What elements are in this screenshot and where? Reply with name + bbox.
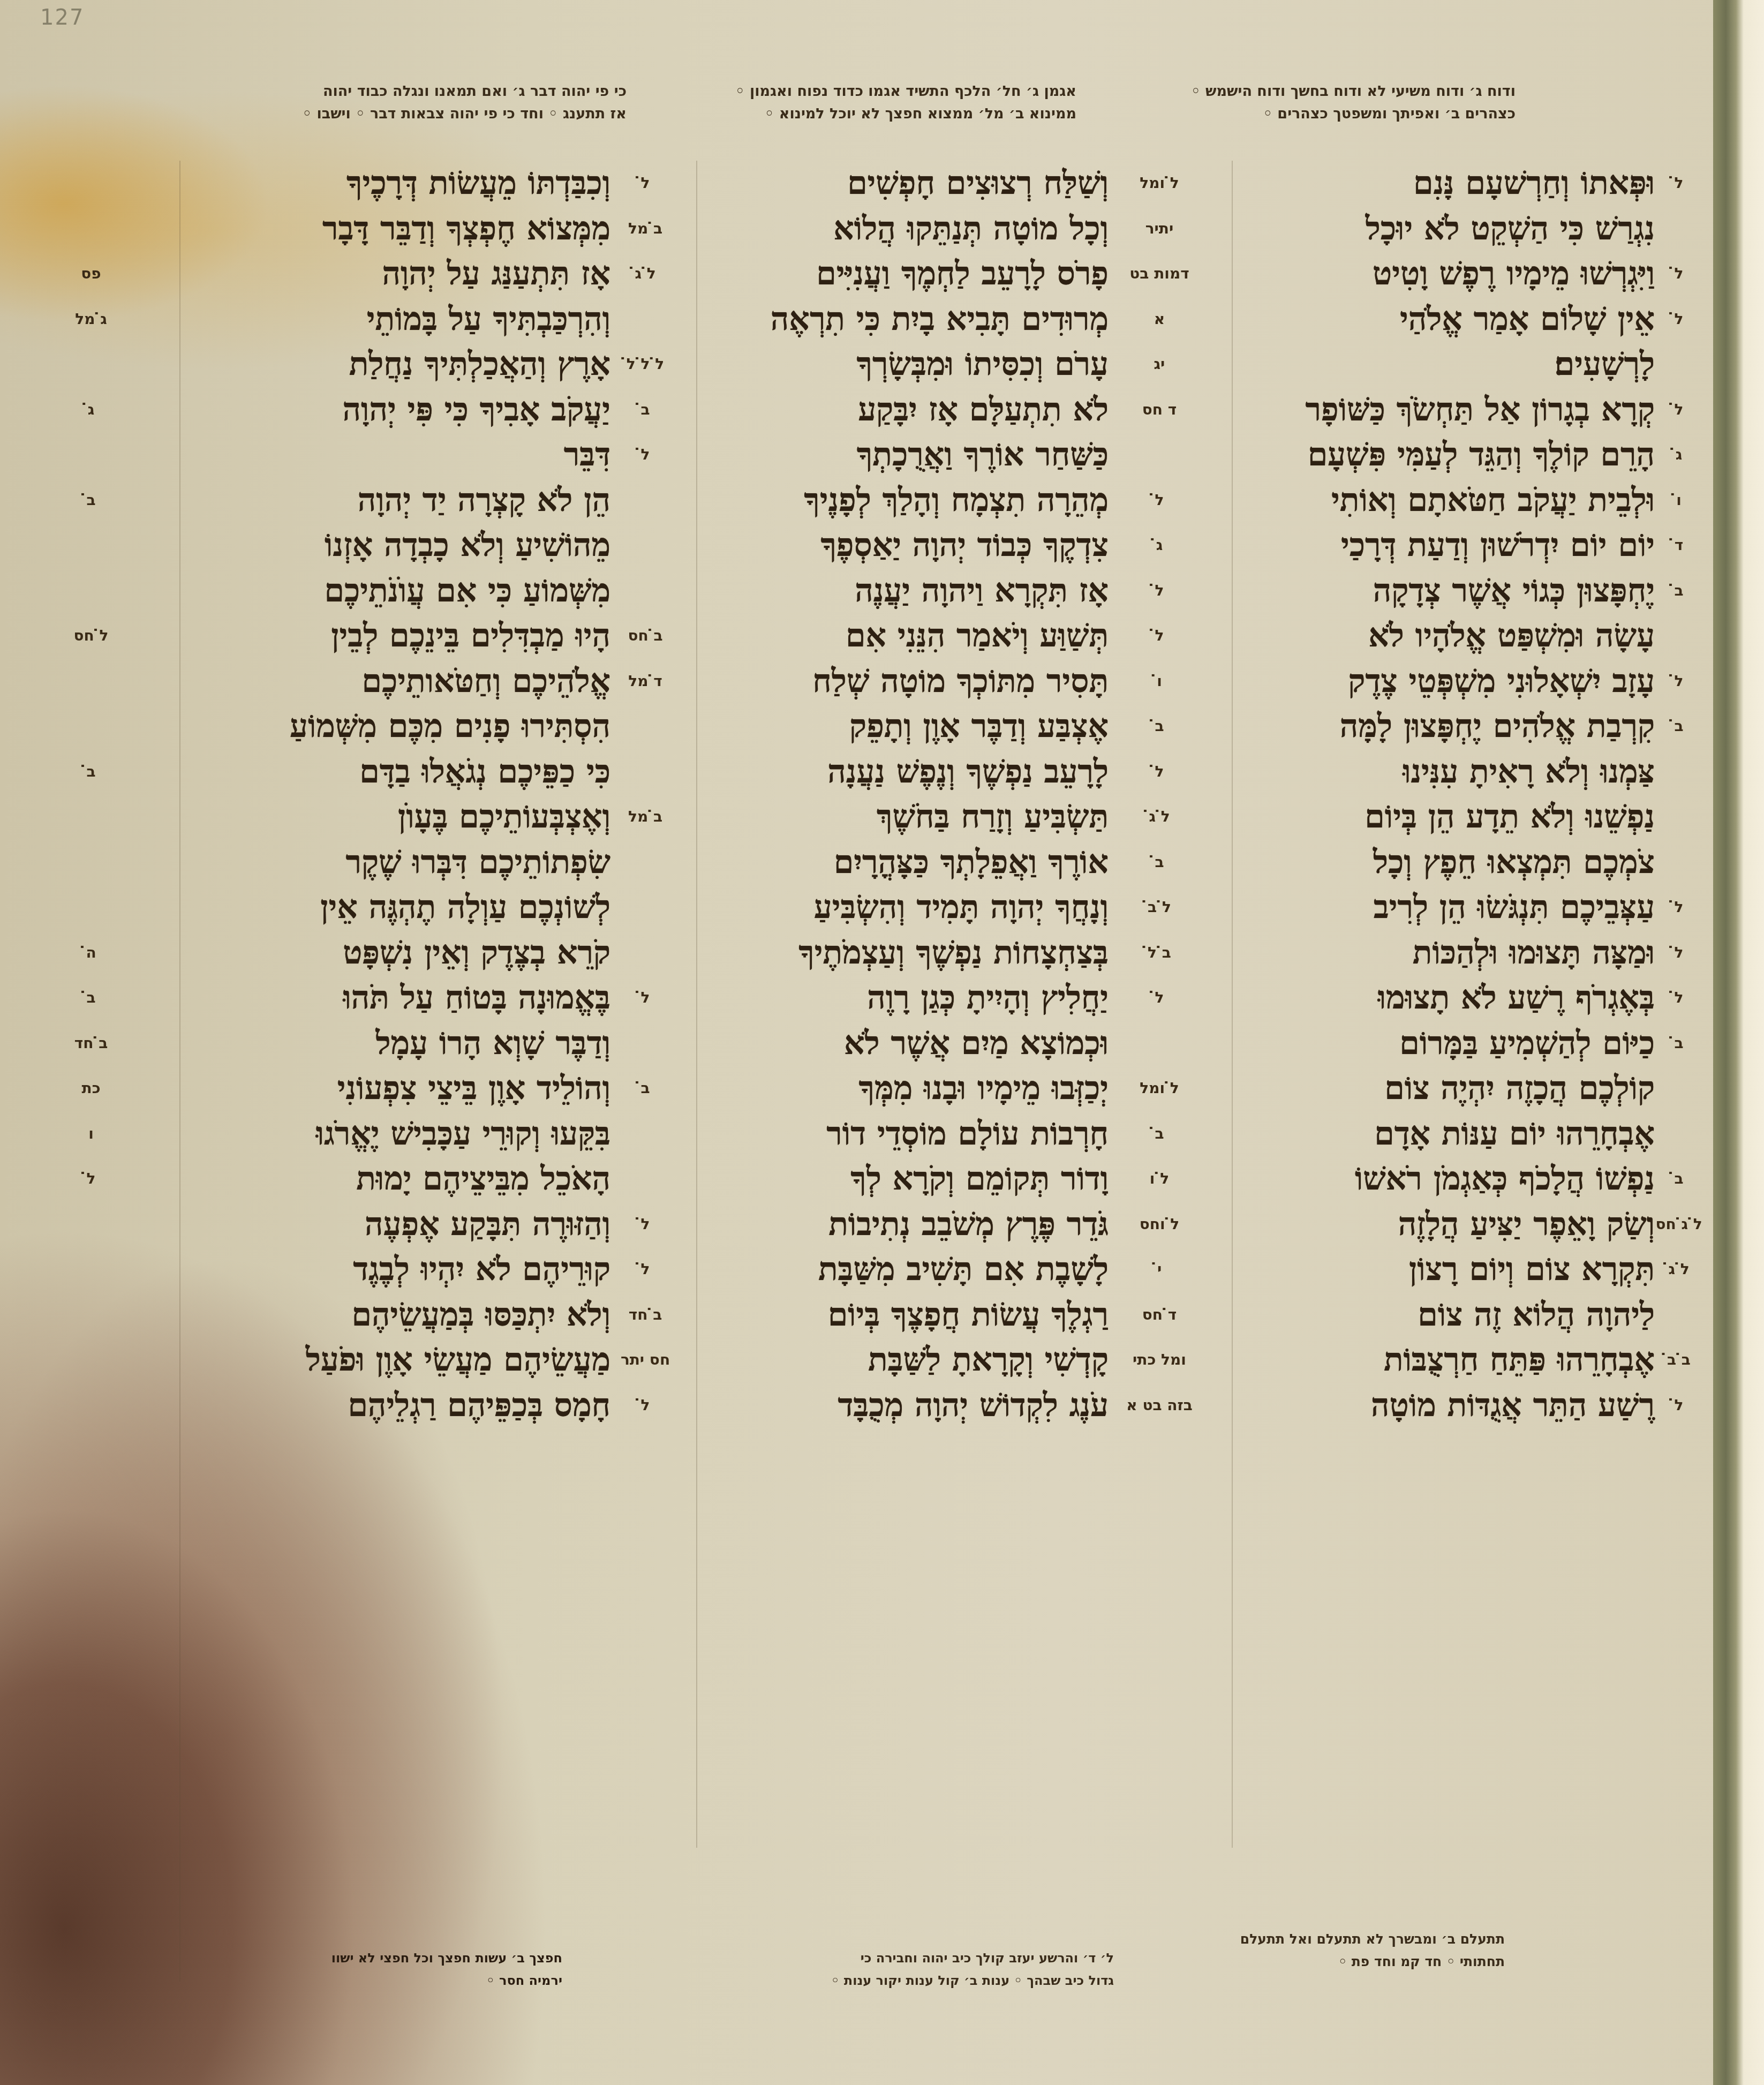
binding-edge <box>1713 0 1764 2085</box>
text-line: וְדַבֶּר שָׁוְא הָרוֹ עָמָל <box>177 1021 610 1066</box>
text-line: בֶּאֱמוּנָה בָּטוֹחַ עַל תֹּהוּ <box>177 975 610 1021</box>
text-line: קִרְבַת אֱלֹהִים יֶחְפָּצוּן לָמָּה <box>1226 704 1655 749</box>
text-line: יְכַזְּבוּ מֵימָיו וּבָנוּ מִמְּךָ <box>691 1066 1109 1111</box>
masora-note <box>59 342 123 387</box>
text-line: אוֹרֶךָ וַאֲפֵלָתְךָ כַּצָּהֳרָיִם <box>691 840 1109 885</box>
masora-note: יתיר <box>1125 206 1194 252</box>
masora-note: ל̇ <box>1125 568 1194 614</box>
masora-note: י̇ <box>1125 1247 1194 1292</box>
text-line: מְהֵרָה תִצְמָח וְהָלַךְ לְפָנֶיךָ <box>691 478 1109 523</box>
text-line: נַפְשׁוֹ הֲלָכֹף כְּאַגְמֹן רֹאשׁוֹ <box>1226 1156 1655 1202</box>
masora-note <box>1649 749 1708 795</box>
masora-note <box>610 749 680 795</box>
text-line: לְשׁוֹנְכֶם עַוְלָה תֶהְגֶּה אֵין <box>177 885 610 930</box>
masora-note <box>610 523 680 568</box>
text-line: אָז תִּקְרָא וַיהוָה יַעֲנֶה <box>691 568 1109 614</box>
masora-note <box>1125 432 1194 478</box>
masora-line: אגמן ג׳ חל׳ הלכף התשיד אגמו כדוד נפוח וא… <box>637 80 1076 103</box>
text-line: יַעֲקֹב אָבִיךָ כִּי פִּי יְהוָה <box>177 387 610 433</box>
masora-note: ב̇ ל̇ <box>1125 930 1194 976</box>
masora-note: ב̇ ב̇ <box>1649 1337 1708 1383</box>
text-line: יֶחְפָּצוּן כְּגוֹי אֲשֶׁר צְדָקָה <box>1226 568 1655 614</box>
masora-note: ב̇ חד <box>59 1021 123 1066</box>
text-line: מַעֲשֵׂיהֶם מַעֲשֵׂי אָוֶן וּפֹעַל <box>177 1337 610 1383</box>
masora-note: ל̇ ומל <box>1125 1066 1194 1111</box>
text-line: רֶשַׁע הַתֵּר אֲגֻדּוֹת מוֹטָה <box>1226 1383 1655 1428</box>
masora-note: ל̇ <box>610 975 680 1021</box>
masora-note: ומל כתי <box>1125 1337 1194 1383</box>
text-line: עֹנֶג לִקְדוֹשׁ יְהוָה מְכֻבָּד <box>691 1383 1109 1428</box>
masora-note: ב̇ <box>59 749 123 795</box>
text-line: הֵן לֹא קָצְרָה יַד יְהוָה <box>177 478 610 523</box>
masora-note: ל̇ ג̇ <box>610 251 680 297</box>
folio-number: 127 <box>40 5 84 30</box>
text-line: אָז תִּתְעַנַּג עַל יְהוָה <box>177 251 610 297</box>
text-line: יַחֲלִיץ וְהָיִיתָ כְּגַן רָוֶה <box>691 975 1109 1021</box>
masora-note: בזה בט א <box>1125 1383 1194 1428</box>
text-line: וְשַׂק וָאֵפֶר יַצִּיעַ הֲלָזֶה <box>1226 1202 1655 1247</box>
text-line: תַּשְׂבִּיעַ וְזָרַח בַּחֹשֶׁךְ <box>691 794 1109 840</box>
masora-note: דמות בט <box>1125 251 1194 297</box>
text-line: וּמַצָּה תָּצוּמוּ וּלְהַכּוֹת <box>1226 930 1655 976</box>
masora-bottom-left: חפצך ב׳ עשות חפצך וכל חפצי לא ישוו ירמיה… <box>177 1947 562 1992</box>
masora-note: ב̇ <box>1125 840 1194 885</box>
text-line: הִסְתִּירוּ פָנִים מִכֶּם מִשְּׁמוֹעַ <box>177 704 610 749</box>
text-line: לָשָׁבֶת אִם תָּשִׁיב מִשַּׁבָּת <box>691 1247 1109 1292</box>
manuscript-page: 127 ודוח ג׳ ודוח משיעי לא ודוח בחשך ודוח… <box>0 0 1764 2085</box>
masora-note: ל̇ <box>610 1247 680 1292</box>
text-line: קְרָא בְגָרוֹן אַל תַּחְשֹׂךְ כַּשּׁוֹפָ… <box>1226 387 1655 433</box>
masora-note: ל̇ חס <box>59 613 123 659</box>
masora-note: ל̇ <box>59 1156 123 1202</box>
masora-note: ג̇ מל <box>59 297 123 342</box>
masora-note: ל̇ <box>1649 659 1708 704</box>
masora-note <box>610 478 680 523</box>
masora-note <box>1649 794 1708 840</box>
masora-line: ממינוא ב׳ מל׳ ממצוא חפצך לא יוכל למינוא … <box>637 103 1076 125</box>
text-line: וְהוֹלֵיד אָוֶן בֵּיצֵי צִפְעוֹנִי <box>177 1066 610 1111</box>
masora-note <box>1125 1021 1194 1066</box>
masora-note <box>1649 1292 1708 1338</box>
text-line: קָדְשִׁי וְקָרָאתָ לַשַּׁבָּת <box>691 1337 1109 1383</box>
text-line: אָרֶץ וְהַאֲכַלְתִּיךָ נַחֲלַת <box>177 342 610 387</box>
text-line: אֶבְחָרֵהוּ פַּתֵּחַ חַרְצֻבּוֹת <box>1226 1337 1655 1383</box>
masora-note: ל̇ <box>1125 749 1194 795</box>
masora-parva-far-right: ל̇ ל̇ ל̇ ל̇ ג̇ ו̇ ד̇ ב̇ ל̇ ב̇ ל̇ ל̇ ל̇ ב… <box>1649 161 1708 1428</box>
masora-line: ירמיה חסר ◦ <box>177 1969 562 1992</box>
masora-note: ל̇ ג̇ <box>1649 1247 1708 1292</box>
text-line: הָרֵם קוֹלֶךָ וְהַגֵּד לְעַמִּי פִּשְׁעָ… <box>1226 432 1655 478</box>
text-line: פָרֹס לָרָעֵב לַחְמֶךָ וַעֲנִיִּים <box>691 251 1109 297</box>
masora-note: ל̇ ומל <box>1125 161 1194 206</box>
masora-note: ו <box>59 1111 123 1157</box>
masora-note <box>59 432 123 478</box>
text-line: וְלֹא יִתְכַּסּוּ בְּמַעֲשֵׂיהֶם <box>177 1292 610 1338</box>
text-line: קוּרֵיהֶם לֹא יִהְיוּ לְבֶגֶד <box>177 1247 610 1292</box>
masora-note: ל̇ <box>1125 478 1194 523</box>
text-line: וְהִרְכַּבְתִּיךָ עַל בָּמוֹתֵי <box>177 297 610 342</box>
masora-note: ל̇ <box>1649 975 1708 1021</box>
text-line: וַיִּגְרְשׁוּ מֵימָיו רֶפֶשׁ וָטִיט <box>1226 251 1655 297</box>
text-line: לָרְשָׁעִים׃ <box>1226 342 1655 387</box>
masora-line: גדול כיב שבהך ◦ ענות ב׳ קול ענות יקור ענ… <box>691 1969 1114 1992</box>
text-line: אֱלֹהֵיכֶם וְחַטֹּאותֵיכֶם <box>177 659 610 704</box>
masora-note: ו̇ <box>1125 659 1194 704</box>
text-line: מֵהוֹשִׁיעַ וְלֹא כָבְדָה אָזְנוֹ <box>177 523 610 568</box>
text-line: גֹּדֵר פֶּרֶץ מְשֹׁבֵב נְתִיבוֹת <box>691 1202 1109 1247</box>
masora-note: ב̇ <box>59 975 123 1021</box>
text-line: וָדוֹר תְּקוֹמֵם וְקֹרָא לְךָ <box>691 1156 1109 1202</box>
masora-note: פס <box>59 251 123 297</box>
masora-note: ד חס <box>1125 387 1194 433</box>
text-line: שִׂפְתוֹתֵיכֶם דִּבְּרוּ שֶׁקֶר <box>177 840 610 885</box>
text-line: כַּשַּׁחַר אוֹרֶךָ וַאֲרֻכָתְךָ <box>691 432 1109 478</box>
text-line: לָרָעֵב נַפְשֶׁךָ וְנֶפֶשׁ נַעֲנָה <box>691 749 1109 795</box>
masora-note <box>610 885 680 930</box>
masora-note: ב̇ <box>610 387 680 433</box>
masora-note <box>610 568 680 614</box>
masora-note: ב̇ <box>1649 1156 1708 1202</box>
masora-note: ב̇ <box>1649 704 1708 749</box>
text-line: בִּקֵּעוּ וְקוּרֵי עַכָּבִישׁ יֶאֱרֹגוּ <box>177 1111 610 1157</box>
masora-note: ל̇ <box>1649 387 1708 433</box>
masora-note: ל̇ <box>1649 930 1708 976</box>
masora-top-right: ודוח ג׳ ודוח משיעי לא ודוח בחשך ודוח היש… <box>1216 80 1516 125</box>
masora-line: ודוח ג׳ ודוח משיעי לא ודוח בחשך ודוח היש… <box>1216 80 1516 103</box>
masora-line: אז תתענג ◦ וחד כי פי יהוה צבאות דבר ◦ וי… <box>134 103 627 125</box>
masora-note <box>59 1383 123 1428</box>
masora-note: ל̇ וחס <box>1125 1202 1194 1247</box>
text-line: עָרֹם וְכִסִּיתוֹ וּמִבְּשָׂרְךָ <box>691 342 1109 387</box>
text-line: וְאֶצְבְּעוֹתֵיכֶם בֶּעָוֺן <box>177 794 610 840</box>
masora-note: ל̇ <box>1125 975 1194 1021</box>
masora-note <box>1649 840 1708 885</box>
masora-note <box>1649 1111 1708 1157</box>
masora-note: ל̇ <box>1649 297 1708 342</box>
text-line: חָמָס בְּכַפֵּיהֶם רַגְלֵיהֶם <box>177 1383 610 1428</box>
masora-note: ב̇ <box>1649 568 1708 614</box>
text-line: וּלְבֵית יַעֲקֹב חַטֹּאתָם וְאוֹתִי <box>1226 478 1655 523</box>
text-line: עַצְּבֵיכֶם תִּנְגֹּשׂוּ הֵן לְרִיב <box>1226 885 1655 930</box>
text-line: תִּקְרָא צוֹם וְיוֹם רָצוֹן <box>1226 1247 1655 1292</box>
masora-note <box>1649 1066 1708 1111</box>
masora-note: ל̇ <box>610 1202 680 1247</box>
masora-top-left: כי פי יהוה דבר ג׳ ואם תמאנו ונגלה כבוד י… <box>134 80 627 125</box>
masora-note: ב̇ <box>1649 1021 1708 1066</box>
masora-note <box>610 840 680 885</box>
text-line: בְּאֶגְרֹף רֶשַׁע לֹא תָצוּמוּ <box>1226 975 1655 1021</box>
masora-note: ל̇ ב̇ <box>1125 885 1194 930</box>
masora-note: ל̇ ל̇ ל̇ <box>610 342 680 387</box>
masora-note <box>610 930 680 976</box>
masora-note: ל̇ <box>1649 885 1708 930</box>
text-line: עָשָׂה וּמִשְׁפַּט אֱלֹהָיו לֹא <box>1226 613 1655 659</box>
masora-note <box>59 1202 123 1247</box>
masora-note <box>59 161 123 206</box>
text-line: וּכְמוֹצָא מַיִם אֲשֶׁר לֹא <box>691 1021 1109 1066</box>
masora-parva-right-center: ל̇ ומל יתיר דמות בט א יג ד חס ל̇ ג̇ ל̇ ל… <box>1125 161 1194 1428</box>
text-line: וְשַׁלַּח רְצוּצִים חָפְשִׁים <box>691 161 1109 206</box>
masora-note: ל̇ <box>1125 613 1194 659</box>
masora-note <box>1649 206 1708 252</box>
text-line: הָיוּ מַבְדִּלִים בֵּינֵכֶם לְבֵין <box>177 613 610 659</box>
masora-note: ו̇ <box>1649 478 1708 523</box>
masora-note: ה̇ <box>59 930 123 976</box>
text-line: צַּמְנוּ וְלֹא רָאִיתָ עִנִּינוּ <box>1226 749 1655 795</box>
masora-note: ל̇ ג̇ חס <box>1649 1202 1708 1247</box>
masora-note: ד̇ <box>1649 523 1708 568</box>
masora-note: ג̇ <box>1125 523 1194 568</box>
masora-note: ב̇ <box>610 1066 680 1111</box>
masora-note <box>59 885 123 930</box>
masora-note: ג̇ <box>1649 432 1708 478</box>
text-line: קֹרֵא בְצֶדֶק וְאֵין נִשְׁפָּט <box>177 930 610 976</box>
text-line: נִגְרַשׁ כִּי הַשְׁקֵט לֹא יוּכָל <box>1226 206 1655 252</box>
text-line: לֹא תִתְעַלָּם אָז יִבָּקַע <box>691 387 1109 433</box>
text-line: כַיּוֹם לְהַשְׁמִיעַ בַּמָּרוֹם <box>1226 1021 1655 1066</box>
text-line: דִּבֵּר <box>177 432 610 478</box>
text-column-right: וּפְּאתוֹ וְחַרְשׁעָם נָּנִם נִגְרַשׁ כִ… <box>1226 161 1655 1428</box>
masora-note <box>59 794 123 840</box>
masora-note: ב̇ חס <box>610 613 680 659</box>
masora-note <box>610 1111 680 1157</box>
masora-note: ב̇ מל <box>610 206 680 252</box>
text-line: עָזָב יִשְׁאָלוּנִי מִשְׁפְּטֵי צֶדֶק <box>1226 659 1655 704</box>
masora-note <box>610 1021 680 1066</box>
masora-note: א <box>1125 297 1194 342</box>
masora-line: תתעלם ב׳ ומבשרך לא תתעלם ואל תתעלם <box>1216 1928 1505 1951</box>
masora-note <box>59 1247 123 1292</box>
text-line: וּפְּאתוֹ וְחַרְשׁעָם נָּנִם <box>1226 161 1655 206</box>
masora-top-center: אגמן ג׳ חל׳ הלכף התשיד אגמו כדוד נפוח וא… <box>637 80 1076 125</box>
text-line: הָאֹכֵל מִבֵּיצֵיהֶם יָמוּת <box>177 1156 610 1202</box>
text-line: וְנָחֲךָ יְהוָה תָּמִיד וְהִשְׂבִּיעַ <box>691 885 1109 930</box>
masora-note: ל̇ ו <box>1125 1156 1194 1202</box>
masora-note: יג <box>1125 342 1194 387</box>
masora-note <box>59 840 123 885</box>
text-line: אֶבְחָרֵהוּ יוֹם עַנּוֹת אָדָם <box>1226 1111 1655 1157</box>
masora-note <box>59 206 123 252</box>
text-line: לַיהוָה הֲלוֹא זֶה צוֹם <box>1226 1292 1655 1338</box>
masora-bottom-right: תתעלם ב׳ ומבשרך לא תתעלם ואל תתעלם תחתות… <box>1216 1928 1505 1973</box>
text-line: וְכָל מוֹטָה תְּנַתֵּקוּ הֲלוֹא <box>691 206 1109 252</box>
masora-note: ל̇ <box>610 432 680 478</box>
masora-note <box>610 297 680 342</box>
text-line: תְּשַׁוַּע וְיֹאמַר הִנֵּנִי אִם <box>691 613 1109 659</box>
text-line: וְהַזּוּרֶה תִּבָּקַע אֶפְעֶה <box>177 1202 610 1247</box>
text-line: קוֹלְכֶם הֲכָזֶה יִהְיֶה צוֹם <box>1226 1066 1655 1111</box>
text-line: מְרוּדִים תָּבִיא בָיִת כִּי תִרְאֶה <box>691 297 1109 342</box>
masora-note: ב̇ <box>59 478 123 523</box>
text-column-left: וְכִבַּדְתּוֹ מֵעֲשׂוֹת דְּרָכֶיךָ מִמְּ… <box>177 161 610 1428</box>
masora-note: ל̇ <box>1649 1383 1708 1428</box>
masora-note: ג̇ <box>59 387 123 433</box>
masora-note: ב̇ מל <box>610 794 680 840</box>
text-column-center: וְשַׁלַּח רְצוּצִים חָפְשִׁים וְכָל מוֹט… <box>691 161 1109 1428</box>
text-line: רַגְלֶךָ עֲשׂוֹת חֲפָצֶךָ בְּיוֹם <box>691 1292 1109 1338</box>
masora-note <box>610 1156 680 1202</box>
masora-parva-far-left: פס ג̇ מל ג̇ ב̇ ל̇ חס ב̇ ה̇ ב̇ ב̇ חד כת ו… <box>59 161 123 1428</box>
text-line: אֶצְבַּע וְדַבֶּר אָוֶן וְתָפֵק <box>691 704 1109 749</box>
masora-note: כת <box>59 1066 123 1111</box>
text-line: אֵין שָׁלוֹם אָמַר אֱלֹהַי <box>1226 297 1655 342</box>
masora-parva-center-left: ל̇ ב̇ מל ל̇ ג̇ ל̇ ל̇ ל̇ ב̇ ל̇ ב̇ חס ד̇ מ… <box>610 161 680 1428</box>
masora-note: ל̇ <box>1649 161 1708 206</box>
text-line: יוֹם יוֹם יִדְרֹשׁוּן וְדַעַת דְּרָכַי <box>1226 523 1655 568</box>
text-line: וְכִבַּדְתּוֹ מֵעֲשׂוֹת דְּרָכֶיךָ <box>177 161 610 206</box>
masora-line: כצהרים ב׳ ואפיתך ומשפטך כצהרים ◦ <box>1216 103 1516 125</box>
masora-note <box>59 1292 123 1338</box>
text-line: צִדְקֶךָ כְּבוֹד יְהוָה יַאַסְפֶךָ <box>691 523 1109 568</box>
masora-note <box>59 523 123 568</box>
masora-note: ל̇ <box>610 1383 680 1428</box>
text-line: כִּי כַפֵּיכֶם נְגֹאֲלוּ בַדָּם <box>177 749 610 795</box>
masora-note: ד̇ חס <box>1125 1292 1194 1338</box>
text-line: מִמְּצוֹא חֶפְצְךָ וְדַבֵּר דָּבָר <box>177 206 610 252</box>
text-line: צֹמְכֶם תִּמְצְאוּ חֵפֶץ וְכָל <box>1226 840 1655 885</box>
text-line: בְּצַחְצָחוֹת נַפְשֶׁךָ וְעַצְמֹתֶיךָ <box>691 930 1109 976</box>
masora-note: ל̇ <box>1649 251 1708 297</box>
masora-note: ל̇ <box>610 161 680 206</box>
text-line: תָּסִיר מִתּוֹכְךָ מוֹטָה שְׁלַח <box>691 659 1109 704</box>
masora-note: ל̇ ג̇ <box>1125 794 1194 840</box>
masora-line: ל׳ ד׳ והרשע יעזב קולך כיב יהוה וחבירה כי <box>691 1947 1114 1969</box>
masora-bottom-center: ל׳ ד׳ והרשע יעזב קולך כיב יהוה וחבירה כי… <box>691 1947 1114 1992</box>
masora-note: חס יתר <box>610 1337 680 1383</box>
text-line: חָרְבוֹת עוֹלָם מוֹסְדֵי דוֹר <box>691 1111 1109 1157</box>
masora-note <box>1649 613 1708 659</box>
masora-note: ב̇ <box>1125 704 1194 749</box>
masora-note <box>59 568 123 614</box>
masora-note: ב̇ חד <box>610 1292 680 1338</box>
masora-note <box>1649 342 1708 387</box>
masora-line: תחתותי ◦ חד קמ וחד פת ◦ <box>1216 1951 1505 1973</box>
masora-line: חפצך ב׳ עשות חפצך וכל חפצי לא ישוו <box>177 1947 562 1969</box>
masora-note: ד̇ מל <box>610 659 680 704</box>
masora-note <box>610 704 680 749</box>
masora-note <box>59 1337 123 1383</box>
masora-note <box>59 659 123 704</box>
text-line: מִשְּׁמוֹעַ כִּי אִם עֲוֺנֹתֵיכֶם <box>177 568 610 614</box>
text-line: נַפְשֵׁנוּ וְלֹא תֵדָע הֵן בְּיוֹם <box>1226 794 1655 840</box>
masora-line: כי פי יהוה דבר ג׳ ואם תמאנו ונגלה כבוד י… <box>134 80 627 103</box>
masora-note <box>59 704 123 749</box>
masora-note: ב̇ <box>1125 1111 1194 1157</box>
